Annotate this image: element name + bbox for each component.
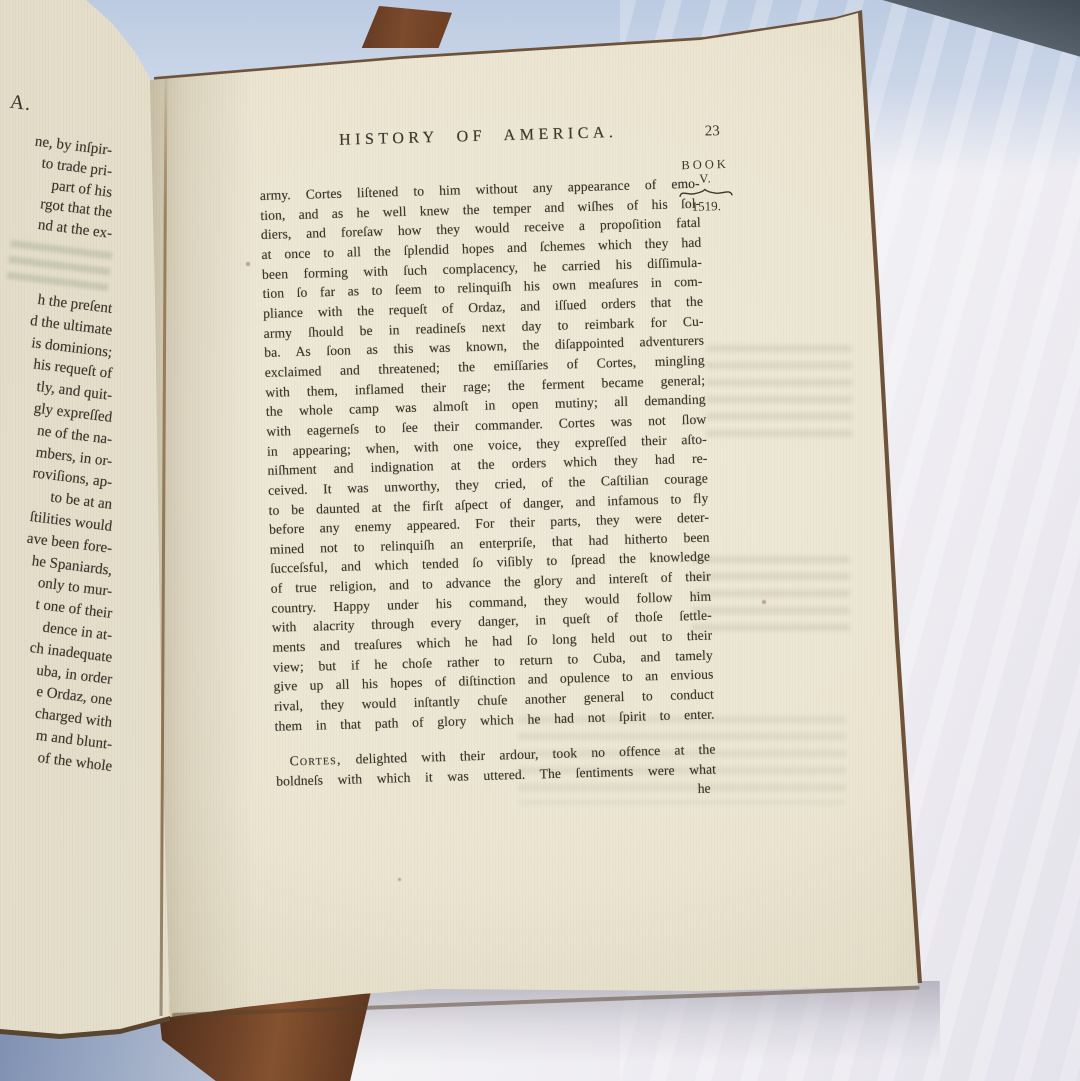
left-page-text-fragment: ne of the na- [0, 412, 113, 452]
text-line: ſucceſsful, and which tended ſo viſibly … [270, 547, 710, 579]
left-page-text-fragment: e Ordaz, one [0, 673, 113, 713]
text-line: to be daunted at the firſt aſpect of dan… [268, 488, 708, 520]
foxing-speck [246, 262, 250, 266]
left-page-text-fragment: part of his [0, 164, 113, 203]
text-line: diers, and foreſaw how they would receiv… [261, 213, 701, 245]
page-number: 23 [690, 123, 734, 141]
text-line-rest: delighted with their ardour, took no off… [341, 741, 715, 766]
running-head: HISTORY OF AMERICA. [258, 122, 698, 152]
text-line: ceived. It was unworthy, they cried, of … [268, 468, 708, 500]
margin-note: BOOK V. 1519. [667, 156, 745, 214]
left-page-text-fragment: nd at the ex- [0, 206, 113, 245]
left-page-text-fragment: he Spaniards, [0, 542, 113, 582]
left-page-text-fragment: to be at an [0, 477, 113, 517]
right-page-catchword: he [276, 780, 710, 810]
left-page-text-fragment: ſtilities would [0, 499, 113, 539]
left-page-text-fragment: charged with [0, 695, 113, 735]
left-page-text-fragment: h the preſent [0, 281, 113, 321]
small-caps-lead-word: Cortes, [289, 752, 341, 768]
show-through-text [692, 556, 850, 640]
left-page-text-fragment: tly, and quit- [0, 368, 113, 408]
left-page-text-fragment: gly expreſſed [0, 390, 113, 430]
text-line: tion, and as he well knew the temper and… [260, 193, 700, 225]
text-line: army ſhould be in readineſs next day to … [263, 311, 703, 343]
show-through-text [518, 716, 846, 804]
main-paragraph: army. Cortes liſtened to him without any… [260, 174, 715, 736]
text-line: pliance with the requeſt of Ordaz, and i… [263, 292, 703, 324]
text-line: rival, they would inſtantly chuſe anothe… [274, 685, 714, 717]
book-cast-shadow [330, 981, 941, 1065]
text-line: give up all his hopes of diſtinction and… [273, 665, 713, 697]
left-page-text-fragment: mbers, in or- [0, 433, 113, 473]
show-through-text [706, 345, 852, 445]
text-line: before any enemy appeared. For their par… [269, 508, 709, 540]
text-line: Cortes, delighted with their ardour, too… [275, 739, 715, 771]
text-line: boldneſs with which it was uttered. The … [276, 759, 716, 791]
text-line: with eagerneſs to ſee their commander. C… [266, 409, 706, 441]
photo-of-open-book: A. ne, by inſpir-to trade pri-part of hi… [0, 0, 1080, 1081]
left-page-text-fragment: roviſions, ap- [0, 455, 113, 495]
left-page-text-fragment: ch inadequate [0, 630, 113, 670]
text-line: country. Happy under his command, they w… [271, 586, 711, 618]
margin-note-book-numeral: V. [667, 170, 743, 186]
left-page-text-fragment: m and blunt- [0, 717, 113, 757]
left-page-text-fragment: only to mur- [0, 564, 113, 604]
text-line: been forming with ſuch complacency, he c… [262, 252, 702, 284]
second-paragraph: Cortes, delighted with their ardour, too… [275, 739, 716, 810]
left-page-text-fragment: ne, by inſpir- [0, 123, 113, 162]
text-line: in appearing; when, with one voice, they… [267, 429, 707, 461]
left-page-text-fragment: to trade pri- [0, 144, 113, 183]
left-running-head-fragment: A. [9, 91, 33, 116]
left-page-text-fragment: his requeſt of [0, 346, 113, 386]
left-page-text-column-upper: ne, by inſpir-to trade pri-part of hisrg… [0, 141, 112, 245]
left-page-text-column-lower: h the preſentd the ultimateis dominions;… [0, 299, 112, 779]
text-line: mined not to relinquiſh an enterpriſe, t… [269, 527, 709, 559]
left-page-text-fragment: uba, in order [0, 651, 113, 691]
text-line: them in that path of glory which he had … [274, 704, 714, 736]
foxing-speck [398, 878, 401, 881]
left-page-text-fragment: is dominions; [0, 324, 113, 364]
text-line: exclaimed and threatened; the emiſſaries… [265, 351, 705, 383]
text-line: tion ſo far as to ſeem to relinquiſh his… [262, 272, 702, 304]
text-line: at once to all the ſplendid hopes and ſc… [261, 233, 701, 265]
text-line: with them, inflamed their rage; the ferm… [265, 370, 705, 402]
left-page-text-fragment: d the ultimate [0, 303, 113, 343]
show-through-text [6, 240, 113, 298]
text-line: the whole camp was almoſt in open mutiny… [266, 390, 706, 422]
left-page-text-fragment: ave been fore- [0, 521, 113, 561]
right-page-text-block: HISTORY OF AMERICA. 23 BOOK V. 1519. arm… [258, 118, 717, 830]
text-line: ba. As ſoon as this was known, the diſap… [264, 331, 704, 363]
left-page-text-fragment: of the whole [0, 739, 113, 779]
text-line: army. Cortes liſtened to him without any… [260, 174, 700, 206]
margin-note-book-label: BOOK [667, 156, 743, 172]
margin-note-year: 1519. [668, 198, 744, 214]
left-page-text-fragment: dence in at- [0, 608, 113, 648]
foxing-speck [762, 600, 766, 604]
second-paragraph-lines: boldneſs with which it was uttered. The … [276, 759, 716, 791]
text-line: with alacrity through every danger, in q… [272, 606, 712, 638]
text-line: of true religion, and to advance the glo… [271, 567, 711, 599]
left-page-text-fragment: rgot that the [0, 185, 113, 224]
text-line: niſhment and indignation at the orders w… [267, 449, 707, 481]
brace-ornament [678, 186, 734, 200]
text-line: ments and treaſures which he had ſo long… [272, 626, 712, 658]
left-page-text-fragment: t one of their [0, 586, 113, 626]
text-line: view; but if he choſe rather to return t… [273, 645, 713, 677]
